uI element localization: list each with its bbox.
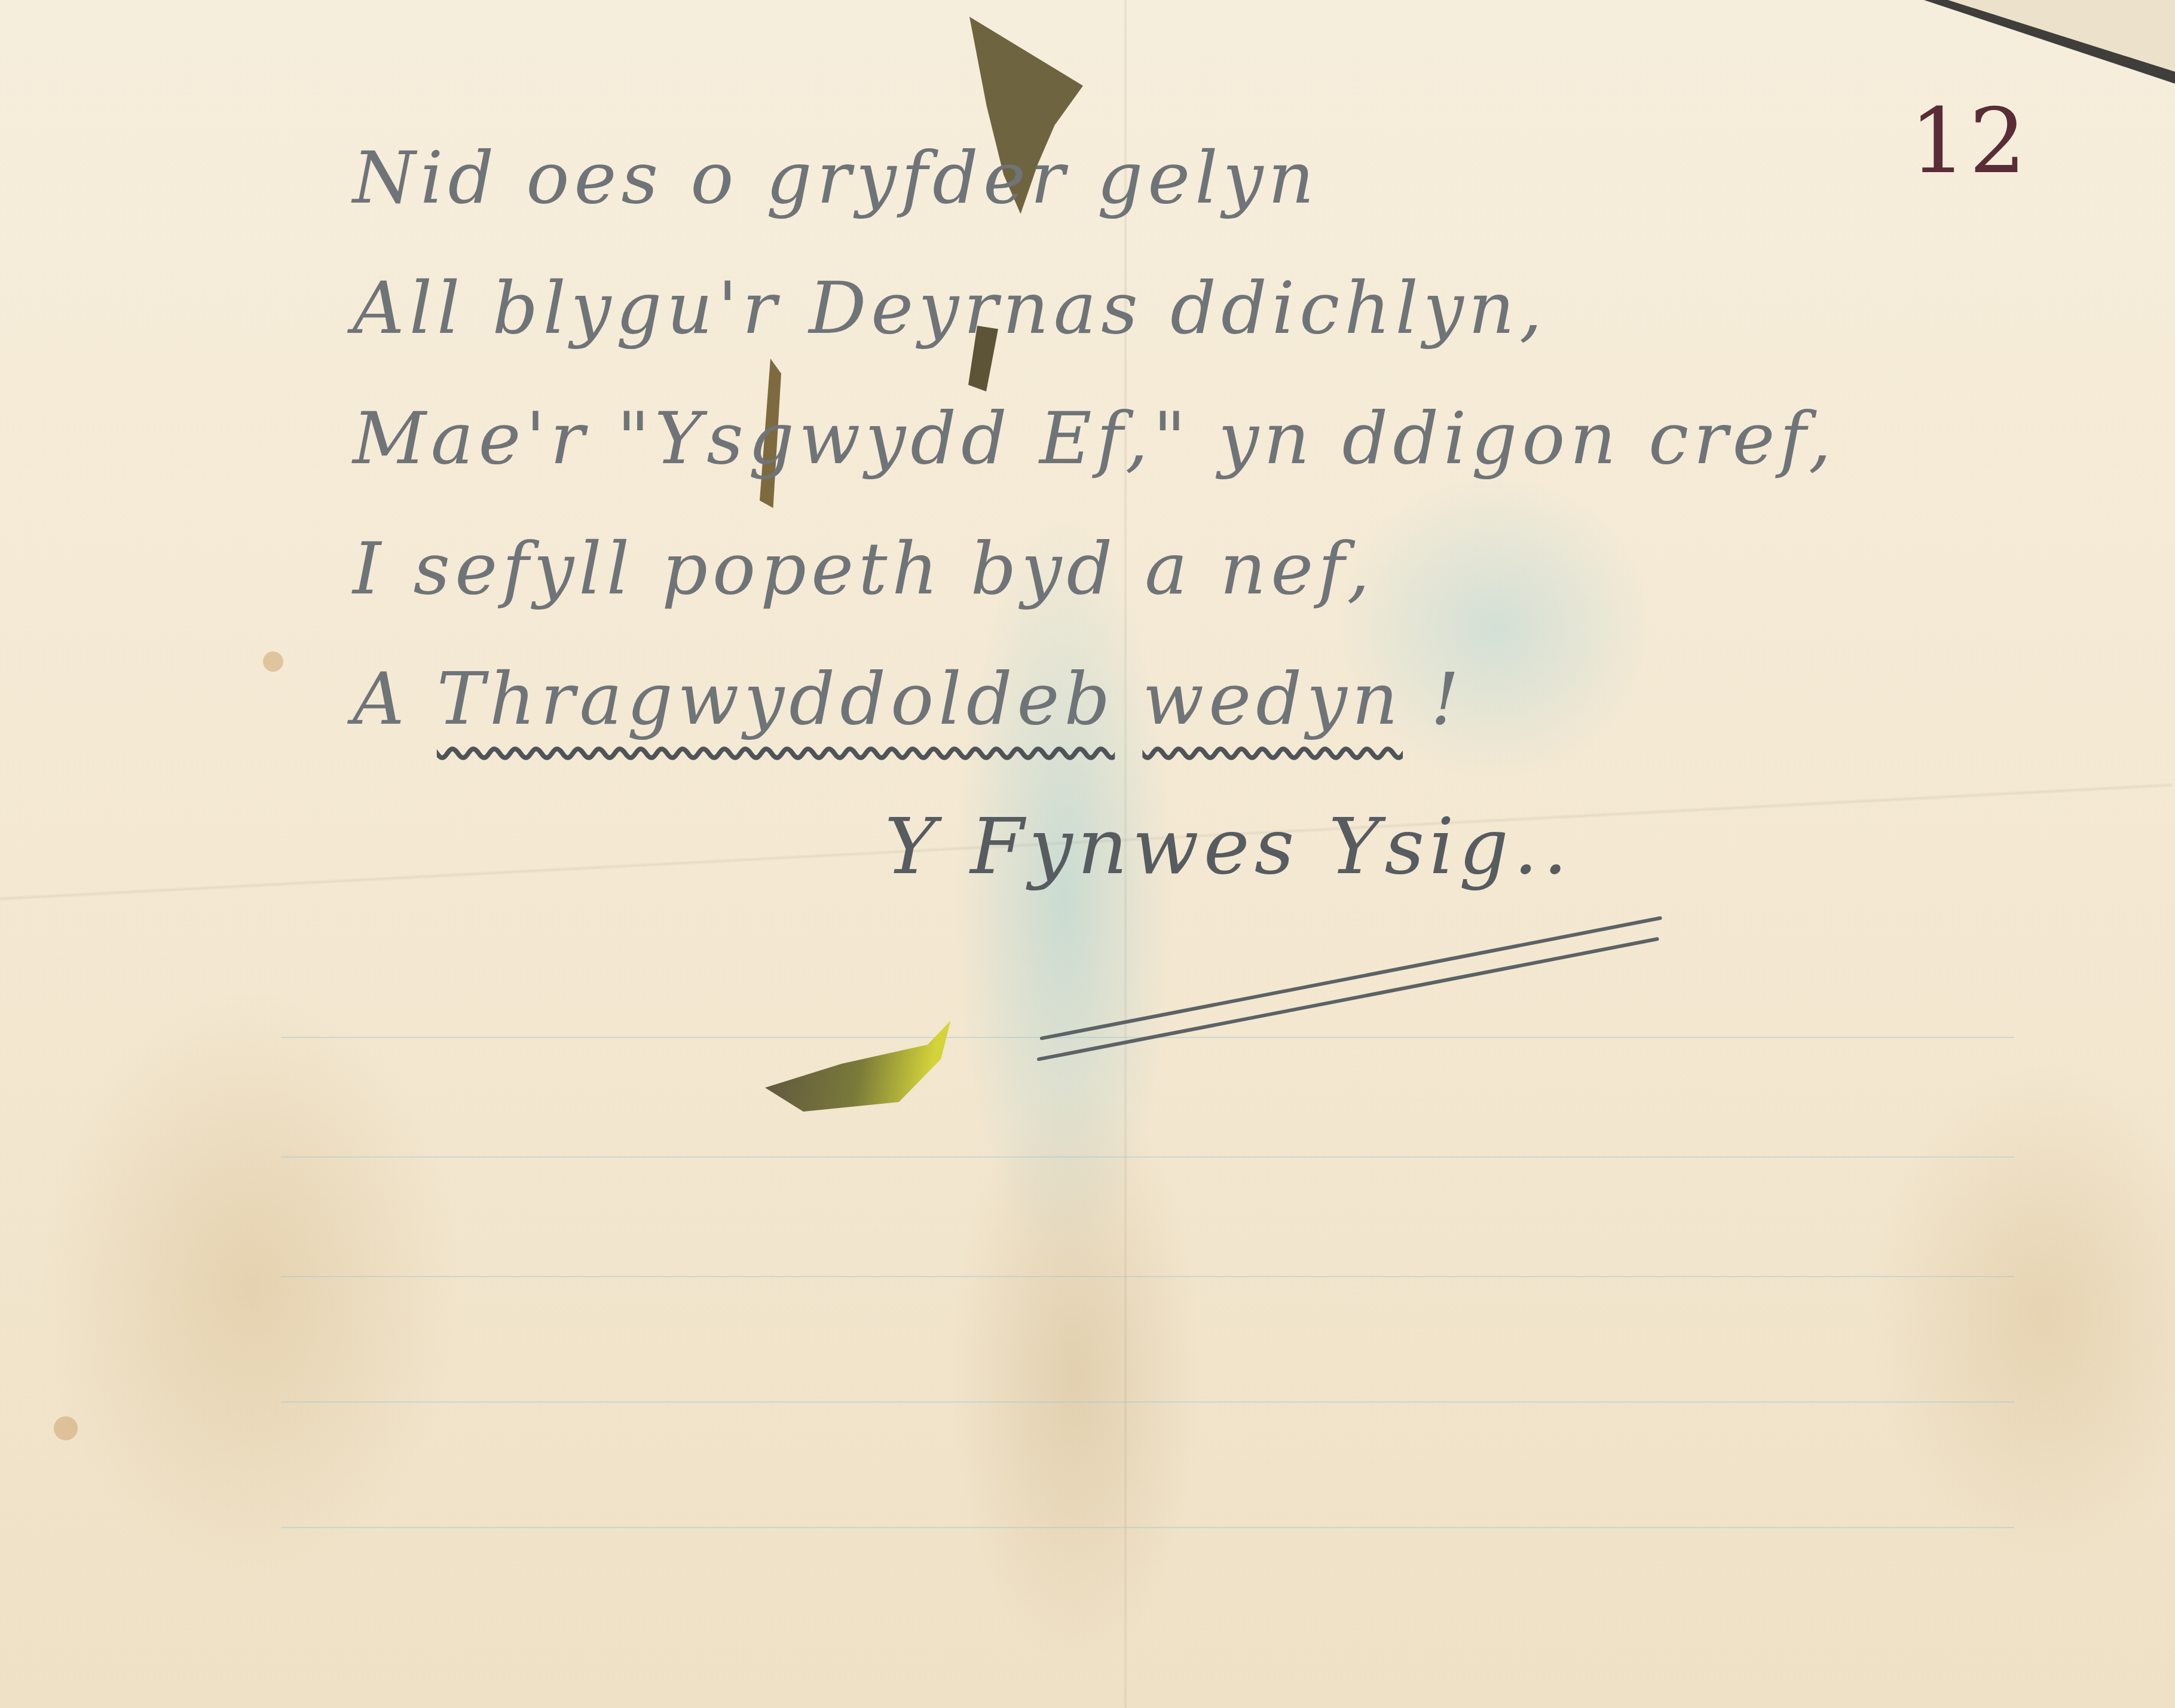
poem-line-3: Mae'r "Ysgwydd Ef," yn ddigon cref,	[353, 374, 1836, 504]
signature: Y Fynwes Ysig..	[885, 801, 1573, 892]
underlined-word: Thragwyddoldeb	[437, 658, 1115, 741]
poem-line-5-space	[1115, 658, 1142, 741]
document-page: 12 Nid oes o gryfder gelyn All blygu'r D…	[0, 0, 2175, 1708]
signature-underline	[1036, 937, 1659, 1061]
stain-spot	[54, 1416, 78, 1440]
poem-line-1: Nid oes o gryfder gelyn	[353, 114, 1836, 244]
ruled-line	[281, 1401, 2014, 1403]
ruled-line	[281, 1276, 2014, 1277]
poem-line-4: I sefyll popeth byd a nef,	[353, 504, 1836, 635]
folded-corner-edge	[1948, 0, 2175, 72]
poem-line-5: A Thragwyddoldeb wedyn !	[353, 635, 1836, 765]
signature-underline	[1039, 916, 1662, 1040]
poem-stanza: Nid oes o gryfder gelyn All blygu'r Deyr…	[353, 114, 1836, 765]
paper-hole	[765, 1016, 956, 1112]
underlined-word: wedyn	[1142, 658, 1403, 741]
poem-line-5-suffix: !	[1403, 658, 1464, 741]
stain-spot	[263, 651, 283, 672]
poem-line-2: All blygu'r Deyrnas ddichlyn,	[353, 244, 1836, 374]
page-number: 12	[1910, 90, 2029, 194]
poem-line-5-prefix: A	[353, 658, 437, 741]
ruled-line	[281, 1527, 2014, 1528]
ruled-line	[281, 1156, 2014, 1158]
